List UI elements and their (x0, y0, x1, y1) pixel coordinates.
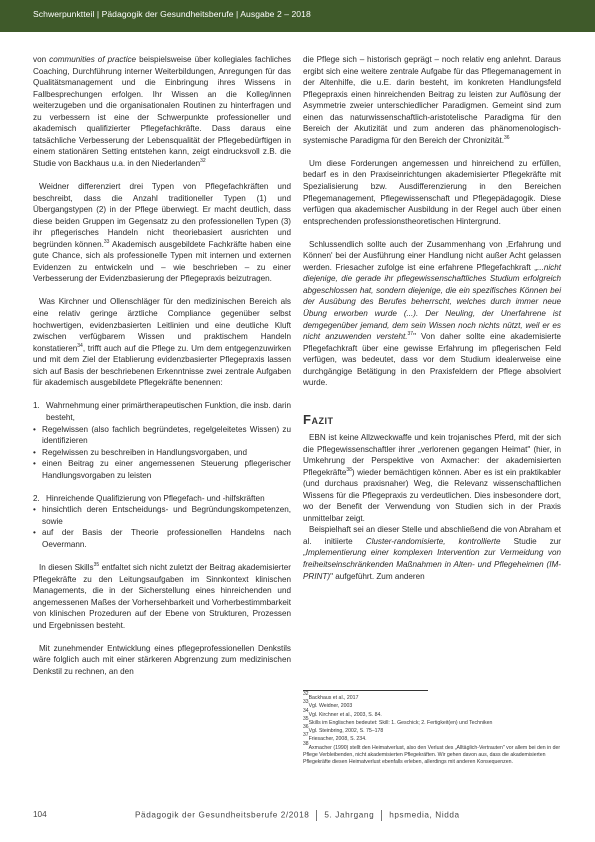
paragraph-paradigmen: die Pflege sich – historisch geprägt – n… (303, 54, 561, 146)
right-column: die Pflege sich – historisch geprägt – n… (303, 54, 561, 582)
bullet-icon: • (33, 527, 42, 550)
footnote-divider (303, 690, 428, 691)
footnote-item: 34Vgl. Kirchner et al., 2003, S. 84. (303, 711, 561, 719)
bullet-icon: • (33, 504, 42, 527)
separator (381, 810, 382, 821)
footnote-ref[interactable]: 36 (504, 135, 510, 141)
footnote-ref[interactable]: 32 (200, 158, 206, 164)
bullet-item: •Regelwissen (also fachlich begründetes,… (33, 424, 291, 447)
bullet-item: •auf der Basis der Theorie professionell… (33, 527, 291, 550)
bullet-icon: • (33, 458, 42, 481)
running-title: Schwerpunktteil | Pädagogik der Gesundhe… (33, 9, 311, 19)
paragraph-ebn: EBN ist keine Allzweckwaffe und kein tro… (303, 432, 561, 524)
separator (316, 810, 317, 821)
numbered-list-item-2: 2.Hinreichende Qualifizierung von Pflege… (33, 493, 291, 551)
numbered-list-item-1: 1.Wahrnehmung einer primärtherapeutische… (33, 400, 291, 481)
paragraph-erfahrung: Schlussendlich sollte auch der Zusammenh… (303, 239, 561, 389)
paragraph-abraham: Beispielhaft sei an dieser Stelle und ab… (303, 524, 561, 582)
footnote-item: 37Friesacher, 2008, S. 234. (303, 735, 561, 743)
paragraph-weidner: Weidner differenziert drei Typen von Pfl… (33, 181, 291, 285)
paragraph-denkstil: Mit zunehmender Entwicklung eines pflege… (33, 643, 291, 678)
section-heading-fazit: Fazit (303, 412, 561, 428)
paragraph-kirchner: Was Kirchner und Ollenschläger für den m… (33, 296, 291, 388)
footnote-item: 33Vgl. Weidner, 2003 (303, 702, 561, 710)
publisher: hpsmedia, Nidda (389, 811, 459, 820)
bullet-item: •hinsichtlich deren Entscheidungs- und B… (33, 504, 291, 527)
paragraph-skills: In diesen Skills35 entfaltet sich nicht … (33, 562, 291, 631)
footer-info: Pädagogik der Gesundheitsberufe 2/20185.… (135, 810, 460, 821)
footnote-item: 36Vgl. Steinbring, 2002, S. 75–178 (303, 727, 561, 735)
footnote-item: 32Backhaus et al., 2017 (303, 694, 561, 702)
bullet-icon: • (33, 447, 42, 459)
running-header: Schwerpunktteil | Pädagogik der Gesundhe… (0, 0, 595, 32)
footnotes: 32Backhaus et al., 2017 33Vgl. Weidner, … (303, 694, 561, 767)
footnote-item: 38Axmacher (1990) stellt den Heimatverlu… (303, 744, 561, 767)
bullet-item: •Regelwissen zu beschreiben in Handlungs… (33, 447, 291, 459)
page-number: 104 (33, 810, 47, 819)
bullet-icon: • (33, 424, 42, 447)
paragraph-forderungen: Um diese Forderungen angemessen und hinr… (303, 158, 561, 227)
footnote-item: 35Skills im Englischen bedeutet: Skill: … (303, 719, 561, 727)
left-column: von communities of practice beispielswei… (33, 54, 291, 678)
journal-name: Pädagogik der Gesundheitsberufe 2/2018 (135, 811, 309, 820)
volume: 5. Jahrgang (324, 811, 374, 820)
bullet-item: •einen Beitrag zu einer angemessenen Ste… (33, 458, 291, 481)
paragraph-communities: von communities of practice beispielswei… (33, 54, 291, 169)
